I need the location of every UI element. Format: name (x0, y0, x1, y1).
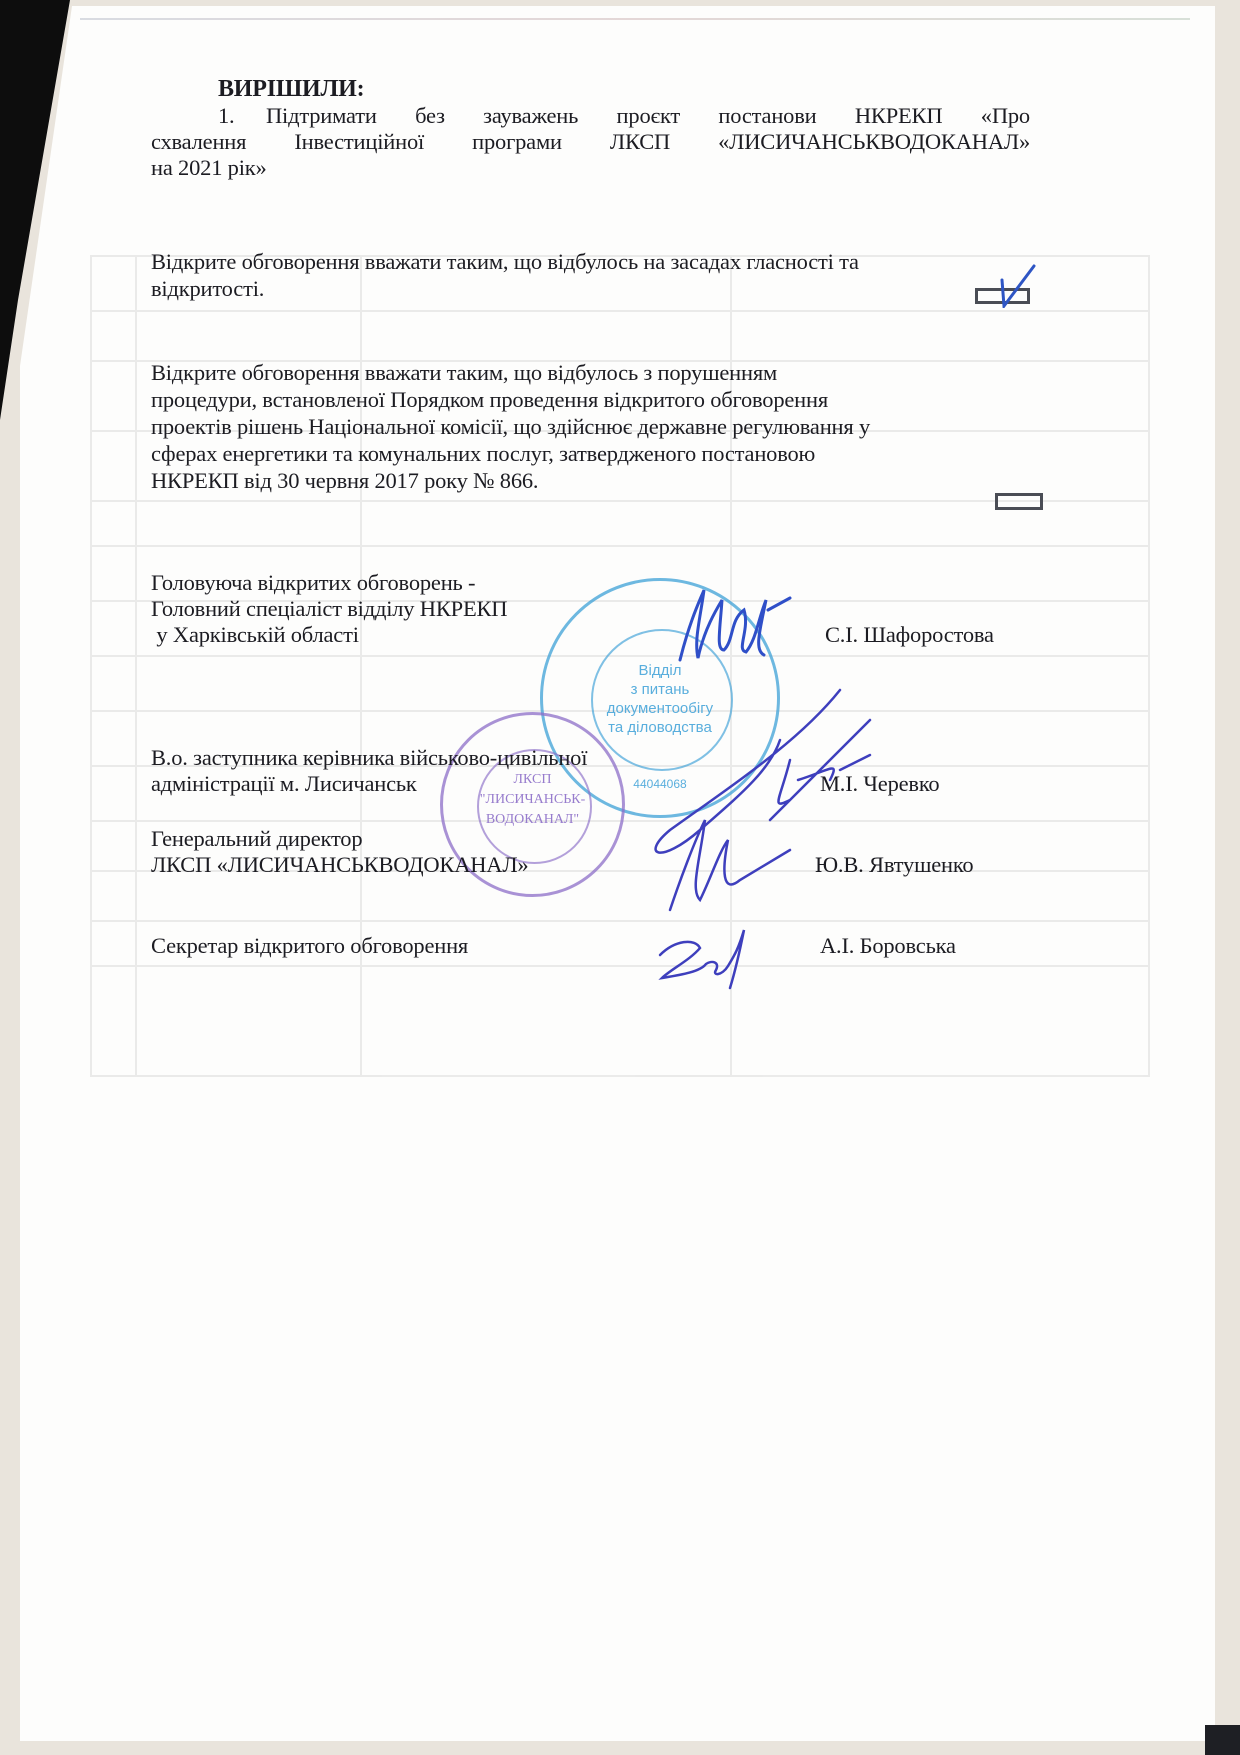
signatory1-title-line3: у Харківській області (151, 622, 359, 648)
option-violation-checkbox[interactable] (995, 493, 1043, 510)
stamp-blue-line2: з питань (543, 680, 777, 699)
option-violation-line3: проектів рішень Національної комісії, що… (151, 414, 870, 440)
option-open-line1: Відкрите обговорення вважати таким, що в… (151, 249, 859, 275)
signatory3-title-line2: ЛКСП «ЛИСИЧАНСЬКВОДОКАНАЛ» (151, 852, 528, 878)
option-violation-line4: сферах енергетики та комунальних послуг,… (151, 441, 815, 467)
resolution-heading: ВИРІШИЛИ: (218, 76, 364, 102)
signatory3-name: Ю.В. Явтушенко (815, 852, 973, 878)
signatory3-title-line1: Генеральний директор (151, 826, 362, 852)
signatory1-title-line1: Головуюча відкритих обговорень - (151, 570, 475, 596)
option-open-line2: відкритості. (151, 276, 264, 302)
option-violation-line1: Відкрите обговорення вважати таким, що в… (151, 360, 777, 386)
item-number: 1. (218, 103, 234, 129)
option-violation-line2: процедури, встановленої Порядком проведе… (151, 387, 828, 413)
option-violation-line5: НКРЕКП від 30 червня 2017 року № 866. (151, 468, 538, 494)
page-top-edge (80, 18, 1190, 20)
signatory1-title-line2: Головний спеціаліст відділу НКРЕКП (151, 596, 507, 622)
stamp-blue-line1: Відділ (543, 661, 777, 680)
stamp-blue-line3: документообігу (543, 699, 777, 718)
signatory1-name: С.І. Шафоростова (825, 622, 994, 648)
stamp-purple-line2: "ЛИСИЧАНСЬК- (443, 790, 622, 810)
checkmark-icon (990, 262, 1040, 308)
signatory4-name: А.І. Боровська (820, 933, 956, 959)
item-text-line1: Підтримати без зауважень проєкт постанов… (266, 103, 1030, 129)
stamp-purple-line3: ВОДОКАНАЛ" (443, 810, 622, 830)
item-text-line2: схвалення Інвестиційної програми ЛКСП «Л… (151, 129, 1030, 155)
item-text-line3: на 2021 рік» (151, 155, 267, 181)
scanner-edge (1205, 1725, 1240, 1755)
signatory2-title-line1: В.о. заступника керівника військово-циві… (151, 745, 587, 771)
signatory2-name: М.І. Черевко (820, 771, 939, 797)
signatory4-title-line1: Секретар відкритого обговорення (151, 933, 468, 959)
stamp-purple-line1: ЛКСП (443, 770, 622, 790)
signatory2-title-line2: адміністрації м. Лисичанськ (151, 771, 417, 797)
